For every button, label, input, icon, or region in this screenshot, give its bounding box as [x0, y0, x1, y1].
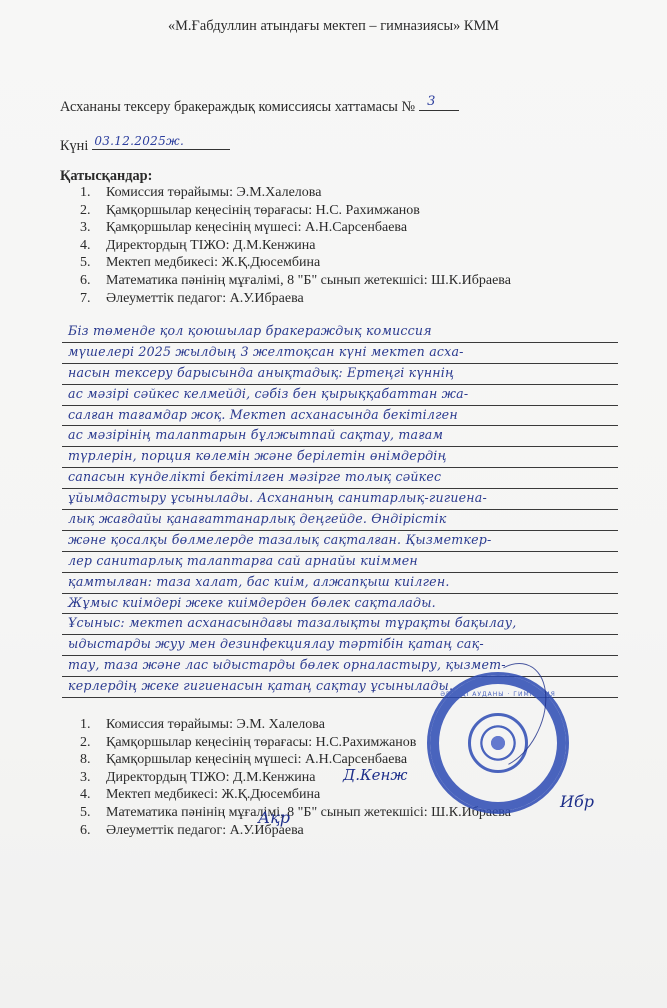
handwritten-line: Біз төменде қол қоюшылар бракераждық ком…: [62, 322, 618, 343]
institution-header: «М.Ғабдуллин атындағы мектеп – гимназияс…: [0, 18, 667, 35]
handwritten-line: сапасын күнделікті бекітілген мәзірге то…: [62, 468, 618, 489]
protocol-title: Асхананы тексеру бракераждық комиссиясы …: [60, 99, 415, 115]
participant-item: 4.Директордың ТІЖО: Д.М.Кенжина: [80, 237, 511, 255]
participants-list: 1.Комиссия төрайымы: Э.М.Халелова 2.Қамқ…: [80, 184, 511, 307]
date-label: Күні: [60, 138, 88, 154]
date-handwritten: 03.12.2025ж.: [94, 134, 184, 148]
handwritten-line: лық жағдайы қанағаттанарлық деңгейде. Өн…: [62, 510, 618, 531]
handwritten-line: Жұмыс киімдері жеке киімдерден бөлек сақ…: [62, 594, 618, 615]
handwritten-line: және қосалқы бөлмелерде тазалық сақталға…: [62, 531, 618, 552]
document-page: «М.Ғабдуллин атындағы мектеп – гимназияс…: [0, 0, 667, 1008]
signature-item: 6.Әлеуметтік педагог: А.У.Ибраева: [80, 822, 511, 840]
handwritten-line: ұйымдастыру ұсынылады. Асхананың санитар…: [62, 489, 618, 510]
handwritten-line: мүшелері 2025 жылдың 3 желтоқсан күні ме…: [62, 343, 618, 364]
date-line: Күні03.12.2025ж.: [60, 135, 230, 155]
participant-item: 2.Қамқоршылар кеңесінің төрағасы: Н.С. Р…: [80, 202, 511, 220]
participant-item: 1.Комиссия төрайымы: Э.М.Халелова: [80, 184, 511, 202]
handwritten-line: Ұсыныс: мектеп асханасындағы тазалықты т…: [62, 614, 618, 635]
participant-item: 3.Қамқоршылар кеңесінің мүшесі: А.Н.Сарс…: [80, 219, 511, 237]
handwritten-line: қамтылған: таза халат, бас киім, алжапқы…: [62, 573, 618, 594]
participant-item: 5.Мектеп медбикесі: Ж.Қ.Дюсембина: [80, 254, 511, 272]
signature-ibraeva-sh: Ибр: [560, 792, 594, 811]
handwritten-line: ас мәзірінің талаптарын бұлжытпай сақтау…: [62, 426, 618, 447]
participant-item: 7.Әлеуметтік педагог: А.У.Ибраева: [80, 290, 511, 308]
signature-kenzhina: Д.Кенж: [343, 766, 407, 784]
participant-item: 6.Математика пәнінің мұғалімі, 8 "Б" сын…: [80, 272, 511, 290]
protocol-title-line: Асхананы тексеру бракераждық комиссиясы …: [60, 96, 459, 116]
signature-item: 5.Математика пәнінің мұғалімі, 8 "Б" сын…: [80, 804, 511, 822]
participants-heading: Қатысқандар:: [60, 168, 152, 185]
handwritten-line: түрлерін, порция көлемін және берілетін …: [62, 447, 618, 468]
handwritten-findings: Біз төменде қол қоюшылар бракераждық ком…: [62, 322, 618, 698]
signature-ibraeva-a: Ақр: [258, 808, 290, 827]
protocol-number-handwritten: 3: [427, 94, 435, 109]
date-blank: 03.12.2025ж.: [92, 135, 230, 150]
protocol-number-blank: 3: [419, 96, 459, 111]
handwritten-line: ас мәзірі сәйкес келмейді, сәбіз бен қыр…: [62, 385, 618, 406]
handwritten-line: ыдыстарды жуу мен дезинфекциялау тәртібі…: [62, 635, 618, 656]
handwritten-line: лер санитарлық талаптарға сай арнайы киі…: [62, 552, 618, 573]
handwritten-line: салған тағамдар жоқ. Мектеп асханасында …: [62, 406, 618, 427]
handwritten-line: насын тексеру барысында анықтадық: Ертең…: [62, 364, 618, 385]
